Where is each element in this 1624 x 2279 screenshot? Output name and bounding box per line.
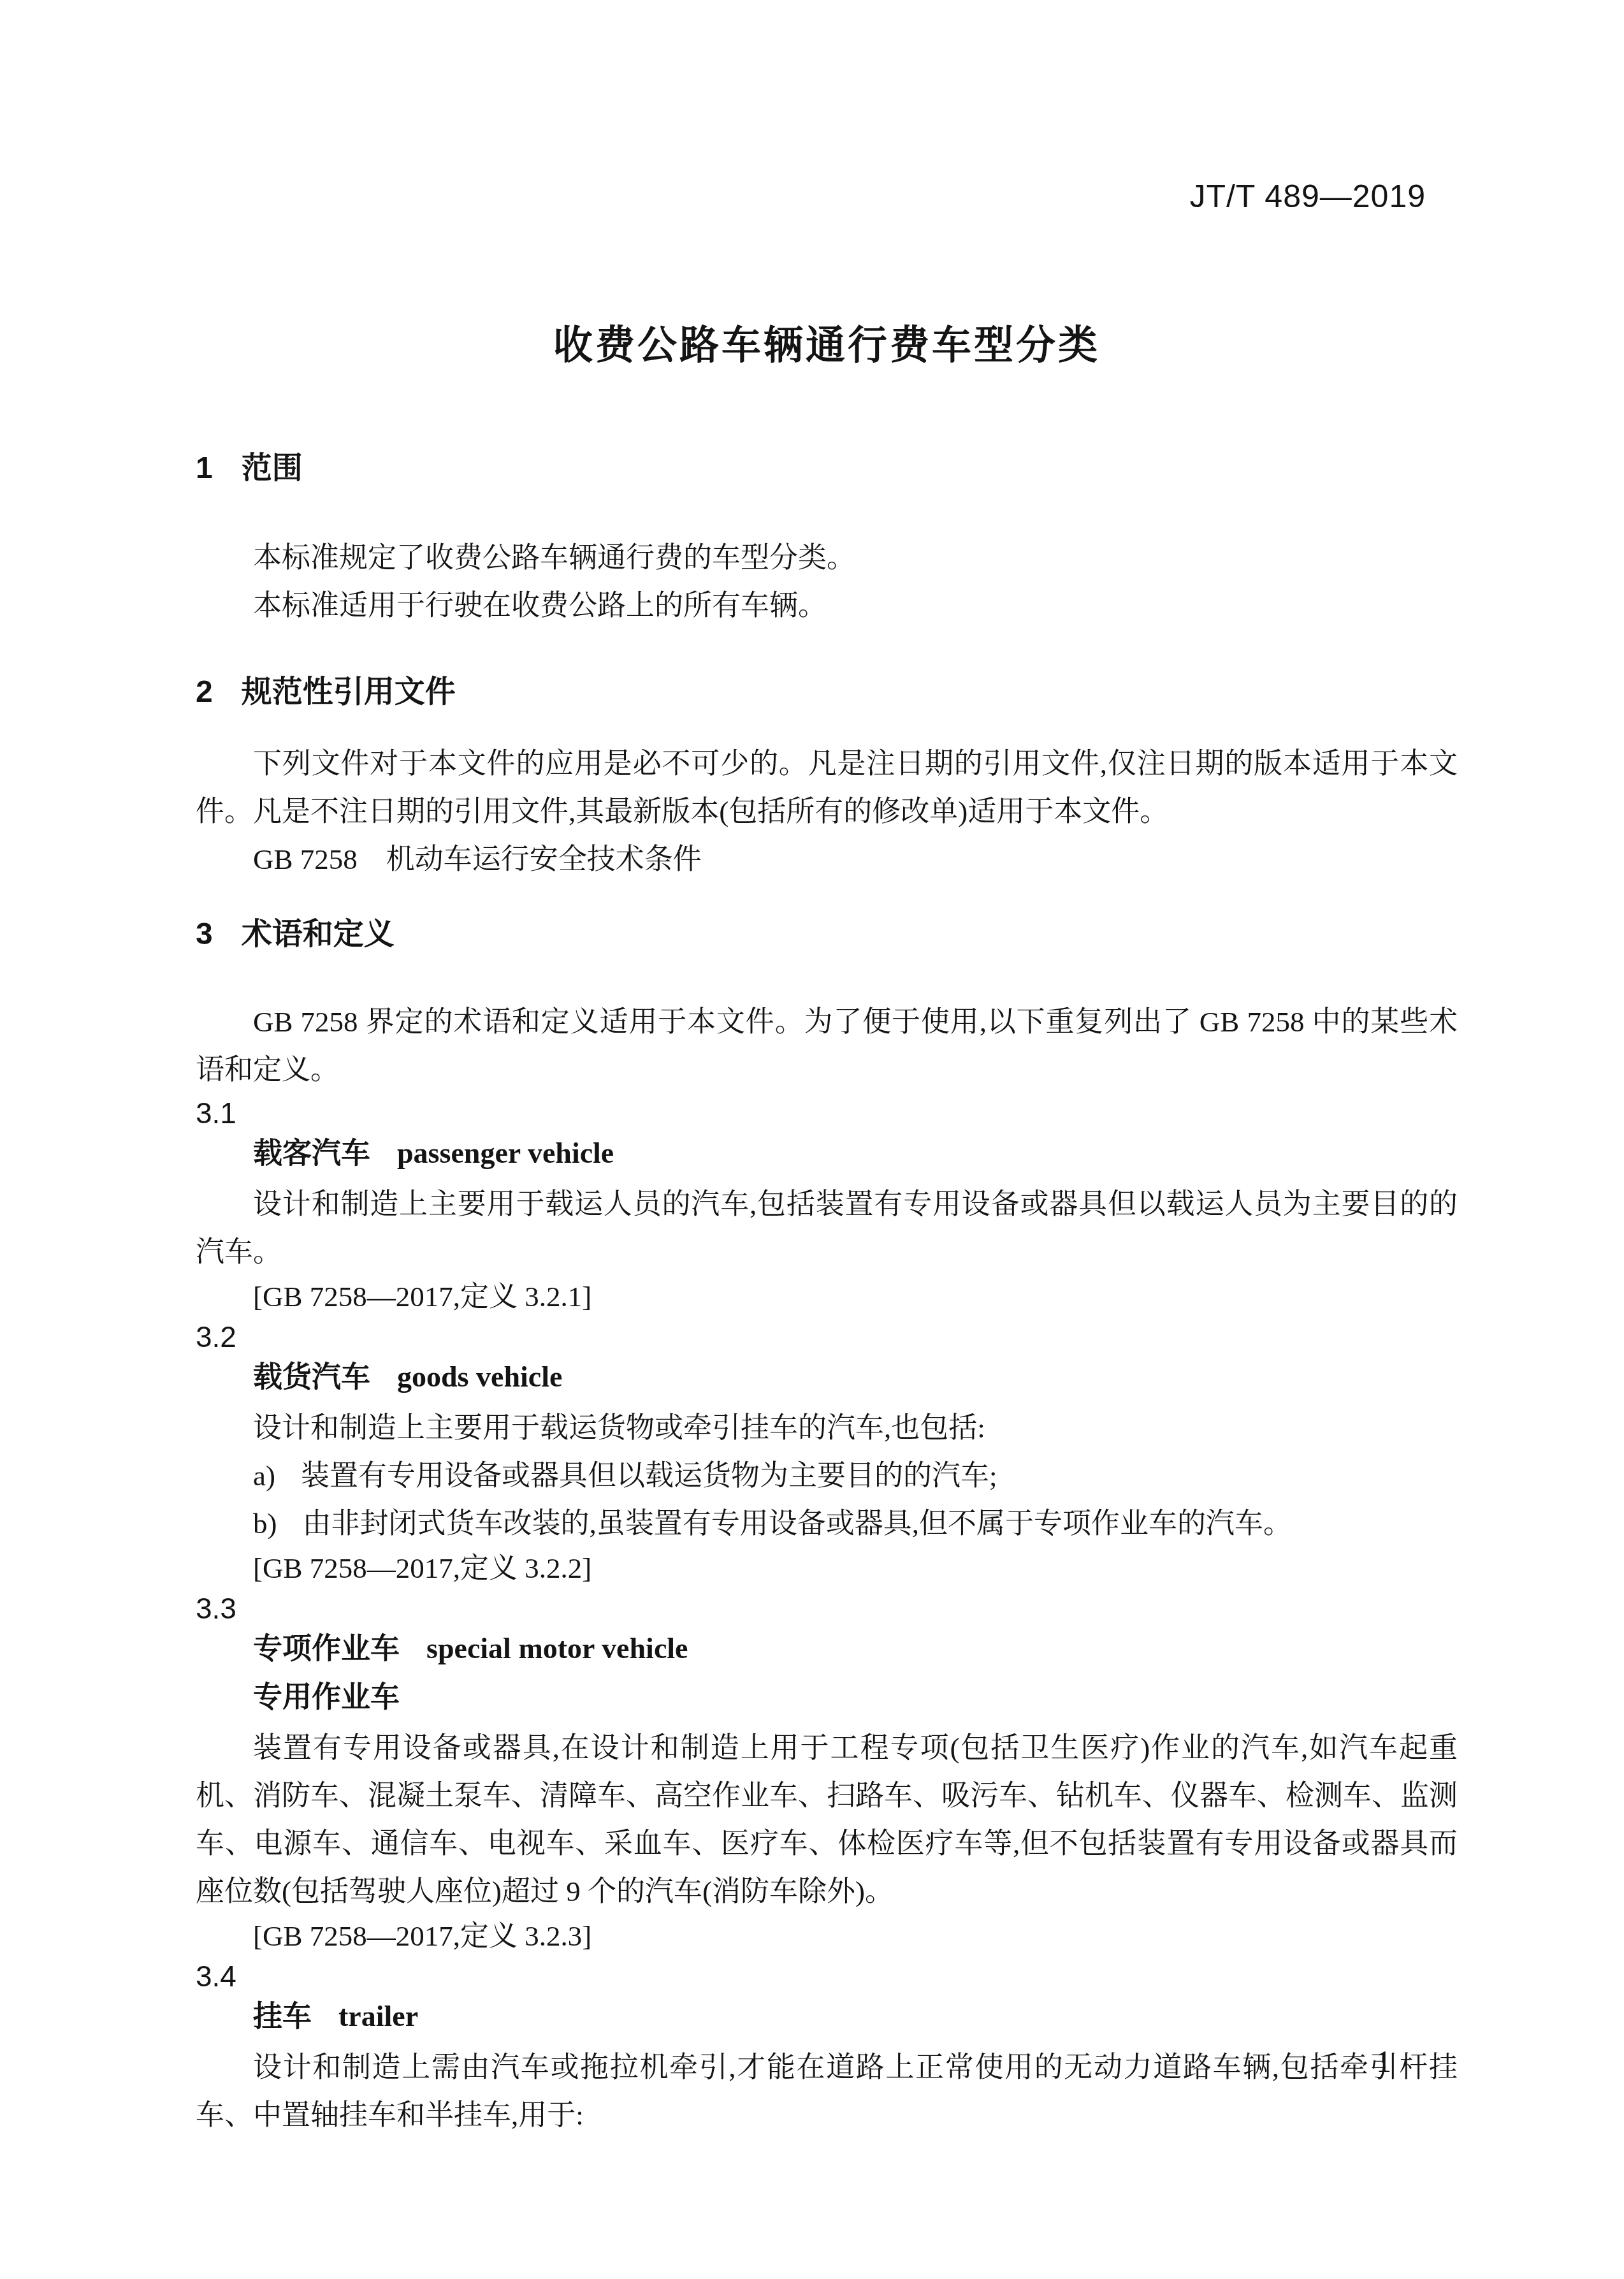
term-3-3-number: 3.3 (196, 1589, 1458, 1627)
term-3-2-item-b: b)由非封闭式货车改装的,虽装置有专用设备或器具,但不属于专项作业车的汽车。 (196, 1500, 1458, 1548)
term-3-1-line: 载客汽车passenger vehicle (196, 1132, 1458, 1181)
term-3-3-alt-line: 专用作业车 (196, 1676, 1458, 1724)
term-3-3-english: special motor vehicle (426, 1632, 688, 1664)
term-3-3-line: 专项作业车special motor vehicle (196, 1627, 1458, 1676)
term-3-2-number: 3.2 (196, 1318, 1458, 1356)
term-3-3-definition: 装置有专用设备或器具,在设计和制造上用于工程专项(包括卫生医疗)作业的汽车,如汽… (196, 1724, 1458, 1916)
document-title: 收费公路车辆通行费车型分类 (196, 324, 1458, 368)
term-3-2-item-a: a)装置有专用设备或器具但以载运货物为主要目的的汽车; (196, 1452, 1458, 1500)
document-page: JT/T 489—2019 收费公路车辆通行费车型分类 1范围 本标准规定了收费… (0, 0, 1624, 2279)
term-3-1-chinese: 载客汽车 (253, 1136, 370, 1169)
clause-3-title: 术语和定义 (242, 917, 395, 951)
clause-1-paragraph: 本标准规定了收费公路车辆通行费的车型分类。 (196, 534, 1458, 582)
term-3-3-chinese: 专项作业车 (253, 1631, 400, 1664)
clause-2-number: 2 (196, 675, 213, 709)
clause-2-title: 规范性引用文件 (242, 675, 456, 709)
term-3-3-source: [GB 7258—2017,定义 3.2.3] (196, 1916, 1458, 1957)
clause-3-paragraph: GB 7258 界定的术语和定义适用于本文件。为了便于使用,以下重复列出了 GB… (196, 998, 1458, 1094)
clause-1-title: 范围 (242, 451, 303, 485)
clause-3-number: 3 (196, 917, 213, 951)
clause-3-heading: 3术语和定义 (196, 915, 1458, 954)
term-3-4-line: 挂车trailer (196, 1995, 1458, 2044)
item-a-label: a) (253, 1460, 275, 1492)
clause-1-heading: 1范围 (196, 449, 1458, 488)
term-3-1-definition: 设计和制造上主要用于载运人员的汽车,包括装置有专用设备或器具但以载运人员为主要目… (196, 1181, 1458, 1276)
term-3-3-alt-chinese: 专用作业车 (253, 1680, 400, 1713)
term-3-1-source: [GB 7258—2017,定义 3.2.1] (196, 1276, 1458, 1318)
page-number: 1 (1376, 2043, 1391, 2081)
term-3-1-english: passenger vehicle (397, 1137, 614, 1169)
term-3-4-number: 3.4 (196, 1957, 1458, 1995)
item-b-text: 由非封闭式货车改装的,虽装置有专用设备或器具,但不属于专项作业车的汽车。 (303, 1508, 1293, 1540)
standard-number: JT/T 489—2019 (1189, 178, 1426, 214)
clause-2-paragraph: 下列文件对于本文件的应用是必不可少的。凡是注日期的引用文件,仅注日期的版本适用于… (196, 740, 1458, 836)
term-3-4-definition: 设计和制造上需由汽车或拖拉机牵引,才能在道路上正常使用的无动力道路车辆,包括牵引… (196, 2044, 1458, 2139)
term-3-4-chinese: 挂车 (253, 1999, 312, 2032)
term-3-2-english: goods vehicle (397, 1360, 562, 1393)
clause-2-heading: 2规范性引用文件 (196, 673, 1458, 711)
term-3-1-number: 3.1 (196, 1094, 1458, 1132)
term-3-4-english: trailer (338, 2000, 418, 2032)
page-header: JT/T 489—2019 (196, 178, 1458, 222)
clause-1-paragraph: 本标准适用于行驶在收费公路上的所有车辆。 (196, 582, 1458, 630)
normative-reference: GB 7258 机动车运行安全技术条件 (196, 836, 1458, 884)
term-3-2-line: 载货汽车goods vehicle (196, 1356, 1458, 1404)
term-3-2-definition: 设计和制造上主要用于载运货物或牵引挂车的汽车,也包括: (196, 1404, 1458, 1452)
term-3-2-chinese: 载货汽车 (253, 1360, 370, 1393)
item-a-text: 装置有专用设备或器具但以载运货物为主要目的的汽车; (301, 1460, 997, 1492)
clause-1-number: 1 (196, 451, 213, 485)
term-3-2-source: [GB 7258—2017,定义 3.2.2] (196, 1548, 1458, 1589)
item-b-label: b) (253, 1508, 277, 1540)
